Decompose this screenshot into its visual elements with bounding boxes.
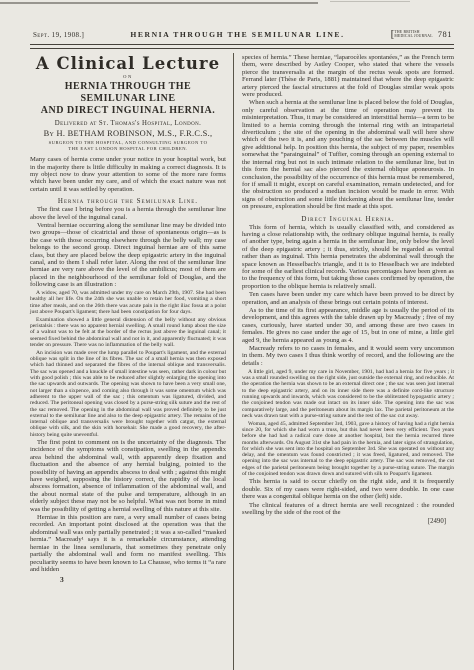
article-masthead: A Clinical Lecture ON HERNIA THROUGH THE…: [30, 54, 226, 151]
paragraph: This form of hernia, which is usually cl…: [242, 224, 454, 291]
issue-number-mark: [2490]: [242, 518, 454, 525]
printer-signature-mark: 3: [30, 575, 226, 584]
intro-paragraph: Many cases of hernia come under your not…: [30, 156, 226, 193]
journal-name-line2: Medical Journal: [394, 34, 432, 38]
paragraph: The first point to comment on is the unc…: [30, 439, 226, 513]
right-column: species of hernia.” These herniae, “lapa…: [234, 53, 454, 670]
paragraph: Macready refers to no cases in females, …: [242, 345, 454, 367]
scan-artifact: [330, 1, 410, 2]
paragraph: When such a hernia at the semilunar line…: [242, 99, 454, 210]
case-report-girl-9: A little girl, aged 9, under my care in …: [242, 369, 454, 419]
left-column: A Clinical Lecture ON HERNIA THROUGH THE…: [30, 53, 233, 670]
delivered-line: Delivered at St. Thomas's Hospital, Lond…: [30, 120, 226, 127]
case-report-widow-70-examination: Examination showed a little general dist…: [30, 317, 226, 348]
journal-reference: [ The British Medical Journal 781: [391, 29, 452, 39]
paragraph: Ten cases have been under my care which …: [242, 291, 454, 306]
case-report-widow-70-operation: An incision was made over the lump paral…: [30, 350, 226, 438]
paragraph: As to the time of its first appearance, …: [242, 307, 454, 344]
on-word: ON: [30, 74, 226, 79]
lecture-type-title: A Clinical Lecture: [30, 54, 226, 73]
paragraph: The first case I bring before you is a h…: [30, 206, 226, 221]
continuation-paragraph: species of hernia.” These herniae, “lapa…: [242, 54, 454, 98]
journal-name: The British Medical Journal: [394, 30, 432, 38]
case-report-widow-70: A widow, aged 70, was admitted under my …: [30, 290, 226, 315]
section-heading-semilunar: Hernia through the Semilunar Line.: [30, 197, 226, 205]
journal-page: Sept. 19, 1908.] HERNIA THROUGH THE SEMI…: [0, 0, 474, 670]
article-title: HERNIA THROUGH THE SEMILUNAR LINE AND DI…: [36, 81, 220, 117]
article-title-line1: HERNIA THROUGH THE SEMILUNAR LINE: [65, 81, 191, 104]
article-title-line2: AND DIRECT INGUINAL HERNIA.: [41, 105, 215, 116]
scan-artifact: [0, 2, 318, 4]
author-byline: By H. BETHAM ROBINSON, M.S., F.R.C.S.,: [30, 129, 226, 138]
running-title: HERNIA THROUGH THE SEMILUNAR LINE.: [84, 30, 390, 39]
page-number: 781: [438, 29, 452, 39]
paragraph: This hernia is said to occur chiefly on …: [242, 478, 454, 500]
section-heading-direct-inguinal: Direct Inguinal Hernia.: [242, 215, 454, 223]
header-double-rule: [30, 44, 454, 49]
paragraph: The clinical features of a direct hernia…: [242, 502, 454, 517]
two-column-body: A Clinical Lecture ON HERNIA THROUGH THE…: [30, 53, 454, 670]
paragraph: Herniae in this position are rare, a ver…: [30, 514, 226, 573]
issue-date: Sept. 19, 1908.]: [33, 31, 84, 39]
paragraph: Ventral herniae occurring along the semi…: [30, 222, 226, 289]
case-report-woman-45: Woman, aged 45, admitted September 3rd, …: [242, 421, 454, 478]
author-affiliation: SURGEON TO THE HOSPITAL, AND CONSULTING …: [44, 140, 212, 151]
running-header: Sept. 19, 1908.] HERNIA THROUGH THE SEMI…: [33, 29, 452, 39]
